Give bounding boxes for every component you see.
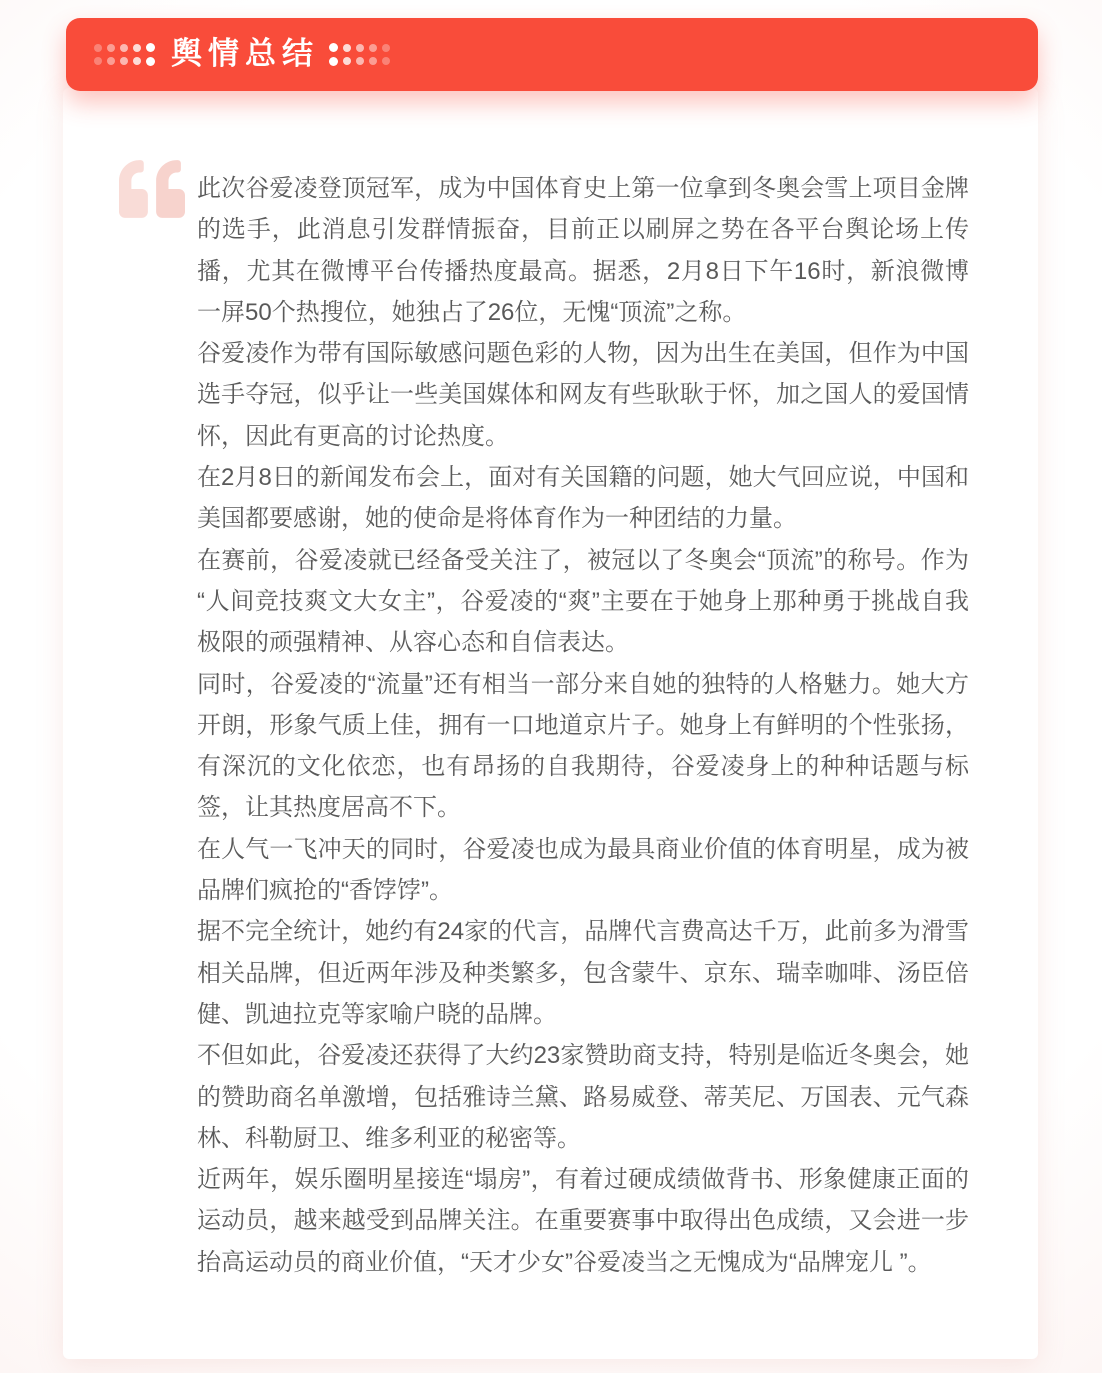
paragraph: 谷爱凌作为带有国际敏感问题色彩的人物，因为出生在美国，但作为中国选手夺冠，似乎让… [197,333,969,457]
dot-cluster-right-icon [329,43,390,66]
paragraph: 不但如此，谷爱凌还获得了大约23家赞助商支持，特别是临近冬奥会，她的赞助商名单激… [197,1035,969,1159]
page-title: 舆情总结 [171,38,319,71]
section-banner: 舆情总结 [66,18,1038,91]
paragraph: 同时，谷爱凌的“流量”还有相当一部分来自她的独特的人格魅力。她大方开朗，形象气质… [197,664,969,829]
quote-left-icon [115,156,189,222]
paragraph: 据不完全统计，她约有24家的代言，品牌代言费高达千万，此前多为滑雪相关品牌，但近… [197,911,969,1035]
paragraph: 近两年，娱乐圈明星接连“塌房”，有着过硬成绩做背书、形象健康正面的运动员，越来越… [197,1159,969,1283]
summary-card: 此次谷爱凌登顶冠军，成为中国体育史上第一位拿到冬奥会雪上项目金牌的选手，此消息引… [63,88,1038,1359]
paragraph: 在赛前，谷爱凌就已经备受关注了，被冠以了冬奥会“顶流”的称号。作为“人间竞技爽文… [197,540,969,664]
paragraph: 在人气一飞冲天的同时，谷爱凌也成为最具商业价值的体育明星，成为被品牌们疯抢的“香… [197,829,969,912]
paragraph: 此次谷爱凌登顶冠军，成为中国体育史上第一位拿到冬奥会雪上项目金牌的选手，此消息引… [197,168,969,333]
paragraph: 在2月8日的新闻发布会上，面对有关国籍的问题，她大气回应说，中国和美国都要感谢，… [197,457,969,540]
dot-cluster-left-icon [94,43,155,66]
summary-text: 此次谷爱凌登顶冠军，成为中国体育史上第一位拿到冬奥会雪上项目金牌的选手，此消息引… [197,168,969,1283]
